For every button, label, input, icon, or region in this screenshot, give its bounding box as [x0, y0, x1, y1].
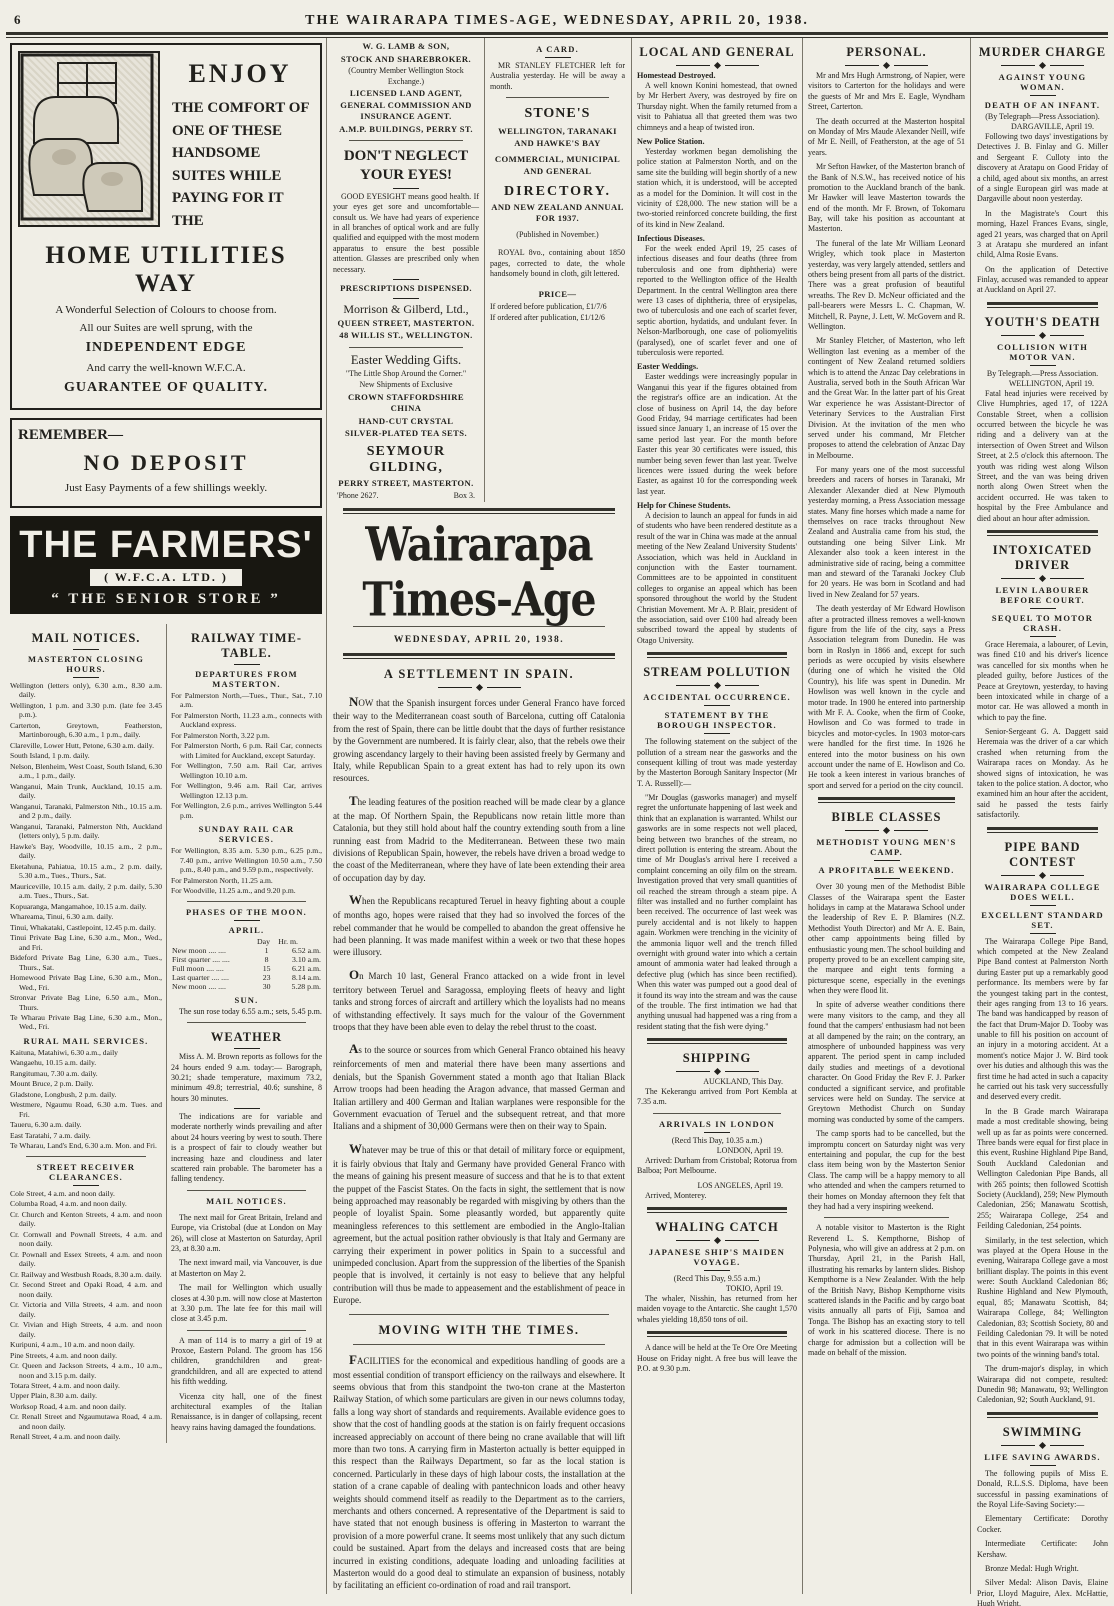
rule — [73, 1185, 99, 1186]
news-item: Help for Chinese Students. A decision to… — [637, 501, 797, 646]
shipping-p2: Arrived: Durham from Cristobal; Rotorua … — [637, 1156, 797, 1177]
rule — [349, 1314, 609, 1315]
pipe-band-title: PIPE BAND CONTEST — [977, 840, 1108, 870]
street-clearance-item: Renall Street, 4 a.m. and noon daily. — [10, 1432, 162, 1441]
closing-hours-subtitle: MASTERTON CLOSING HOURS. — [10, 654, 162, 674]
mail-notices2-paragraphs: The next mail for Great Britain, Ireland… — [171, 1213, 322, 1325]
swimming-awards: Elementary Certificate: Dorothy Cocker.I… — [977, 1514, 1108, 1606]
news-item: Easter Weddings. Easter weddings were in… — [637, 362, 797, 497]
rule — [1030, 636, 1056, 637]
intox-paragraph: Senior-Sergeant G. A. Daggett said Herem… — [977, 727, 1108, 821]
ornament-divider — [637, 63, 797, 68]
rule — [1030, 608, 1056, 609]
street-clearance-item: Pine Streets, 4 a.m. and noon daily. — [10, 1351, 162, 1360]
departure-item: For Wellington, 7.50 a.m. Rail Car, arri… — [171, 761, 322, 780]
mail-closing-item: Te Wharau Private Bag Line, 6.30 a.m., M… — [10, 1013, 162, 1032]
column-editorial: W. G. LAMB & SON, STOCK AND SHAREBROKER.… — [326, 38, 631, 1594]
murder-charge-title: MURDER CHARGE — [977, 45, 1108, 60]
rule — [234, 1108, 260, 1109]
street-clearance-item: Cr. Second Street and Opaki Road, 4 a.m.… — [10, 1280, 162, 1299]
rural-mail-item: Mount Bruce, 2 p.m. Daily. — [10, 1079, 162, 1088]
prescriptions-line: PRESCRIPTIONS DISPENSED. — [333, 283, 479, 295]
rule — [187, 1190, 306, 1191]
pipeband-paragraphs: The Wairarapa College Pipe Band, which c… — [977, 937, 1108, 1406]
gilding-box: Box 3. — [454, 491, 475, 500]
rule — [874, 878, 900, 879]
stream-paragraphs: The following statement on the subject o… — [637, 737, 797, 1032]
mail-closing-item: Wanganui, Taranaki, Palmerston Nth, Auck… — [10, 822, 162, 841]
whaling-recd: (Recd This Day, 9.55 a.m.) — [637, 1274, 797, 1283]
personal-paragraph: Mr Stanley Fletcher, of Masterton, who l… — [808, 336, 965, 461]
departure-item: For Palmerston North, 11.23 a.m., connec… — [171, 711, 322, 730]
rule — [987, 530, 1098, 536]
stream-pollution-title: STREAM POLLUTION — [637, 665, 797, 680]
rule — [704, 1270, 730, 1271]
whaling-title: WHALING CATCH — [637, 1220, 797, 1235]
rule — [704, 705, 730, 706]
arrivals-london-heading: ARRIVALS IN LONDON — [637, 1119, 797, 1129]
local-general-title: LOCAL AND GENERAL — [637, 45, 797, 60]
mail-notice-paragraph: The next inward mail, via Vancouver, is … — [171, 1258, 322, 1279]
moon-row: New moon .... .... 1 6.52 a.m. — [171, 946, 322, 955]
news-item-body: Yesterday workmen began demolishing the … — [637, 147, 797, 230]
mail-closing-item: Kopuaranga, Mangamahoe, 10.15 a.m. daily… — [10, 902, 162, 911]
morrison-address2: 48 WILLIS ST., WELLINGTON. — [333, 330, 479, 342]
ad-carry-line: And carry the well-known W.F.C.A. — [18, 362, 314, 374]
youth-paragraph: Fatal head injuries were received by Cli… — [977, 389, 1108, 524]
mail-closing-item: Wellington, 1 p.m. and 3.30 p.m. (late f… — [10, 701, 162, 720]
moon-day: 23 — [256, 973, 277, 982]
whaling-sub: JAPANESE SHIP'S MAIDEN VOYAGE. — [637, 1247, 797, 1267]
rule — [1030, 905, 1056, 906]
editorial-paragraph: The leading features of the position rea… — [333, 792, 625, 884]
mail-notice-paragraph: The mail for Wellington which usually cl… — [171, 1283, 322, 1325]
sunday-service-item: For Woodville, 11.25 a.m., and 9.20 p.m. — [171, 886, 322, 895]
street-clearance-item: Cr. Railway and Westbush Roads, 8.30 a.m… — [10, 1270, 162, 1279]
lamb-line1: STOCK AND SHAREBROKER. — [333, 54, 479, 66]
ornament-divider — [977, 873, 1108, 878]
masthead-date: WEDNESDAY, APRIL 20, 1938. — [333, 635, 625, 645]
mail-closing-item: Wellington (letters only), 6.30 a.m., 8.… — [10, 681, 162, 700]
street-clearance-item: Cr. Pownall and Essex Streets, 4 a.m. an… — [10, 1250, 162, 1269]
filler-paragraph: Vicenza city hall, one of the finest arc… — [171, 1392, 322, 1434]
rule — [187, 1330, 306, 1331]
rule — [704, 733, 730, 734]
rule — [393, 298, 419, 299]
news-item-body: A decision to launch an appeal for funds… — [637, 511, 797, 646]
sunday-services-list: For Wellington, 8.35 a.m. 5.30 p.m., 6.2… — [171, 846, 322, 895]
mail-closing-item: Wanganui, Taranaki, Palmerston Nth., 10.… — [10, 802, 162, 821]
moon-col-hr: Hr. m. — [277, 937, 322, 946]
wedding-gifts-headline: Easter Wedding Gifts. — [333, 353, 479, 368]
mail-closing-item: Mauriceville, 10.15 a.m. daily, 2 p.m. d… — [10, 882, 162, 901]
swimming-sub: LIFE SAVING AWARDS. — [977, 1452, 1108, 1462]
moon-time: 8.14 a.m. — [277, 973, 322, 982]
column-news-right: MURDER CHARGE AGAINST YOUNG WOMAN. DEATH… — [970, 38, 1114, 1594]
mail-closing-item: Eketahuna, Pahiatua, 10.15 a.m., 2 p.m. … — [10, 862, 162, 881]
mail-closing-item: Hawke's Bay, Woodville, 10.15 a.m., 2 p.… — [10, 842, 162, 861]
murder-sub1: AGAINST YOUNG WOMAN. — [977, 72, 1108, 92]
swimming-award-line: Bronze Medal: Hugh Wright. — [977, 1564, 1108, 1574]
rule — [73, 677, 99, 678]
youth-dateline: WELLINGTON, April 19. — [977, 379, 1108, 388]
rule — [987, 302, 1098, 308]
rule — [393, 279, 419, 280]
mail-closing-item: Tinui Private Bag Line, 6.30 a.m., Mon.,… — [10, 933, 162, 952]
farmers-senior-store: “ THE SENIOR STORE ” — [14, 591, 318, 608]
rural-mail-item: Taueru, 6.30 a.m. daily. — [10, 1120, 162, 1129]
shipping-dateline: AUCKLAND, This Day. — [637, 1077, 797, 1086]
ornament-divider — [637, 1238, 797, 1243]
nz-annual-line: AND NEW ZEALAND ANNUAL FOR 1937. — [490, 202, 625, 225]
rule — [874, 860, 900, 861]
ornament-divider — [333, 685, 625, 690]
a-card-text: MR STANLEY FLETCHER left for Australia y… — [490, 61, 625, 92]
mail-closing-item: Wanganui, Main Trunk, Auckland, 10.15 a.… — [10, 782, 162, 801]
ad-enjoy-word: ENJOY — [166, 59, 314, 89]
rule — [234, 920, 260, 921]
street-clearance-item: Cr. Queen and Jackson Streets, 4 a.m., 1… — [10, 1361, 162, 1380]
rule — [234, 1209, 260, 1210]
rural-mail-subtitle: RURAL MAIL SERVICES. — [10, 1036, 162, 1046]
street-clearances-subtitle: STREET RECEIVER CLEARANCES. — [10, 1162, 162, 1182]
morrison-address1: QUEEN STREET, MASTERTON. — [333, 318, 479, 330]
farmers-wfca: ( W.F.C.A. LTD. ) — [88, 567, 244, 588]
column-local-general: LOCAL AND GENERAL Homestead Destroyed. A… — [631, 38, 802, 1594]
moving-times-headline: MOVING WITH THE TIMES. — [333, 1323, 625, 1338]
moon-phase: New moon .... .... — [171, 946, 256, 955]
youth-byline: By Telegraph.—Press Association. — [977, 369, 1108, 378]
mail-closing-item: Tinui, Whakataki, Castlepoint, 12.45 p.m… — [10, 923, 162, 932]
moon-phase: New moon .... .... — [171, 982, 256, 991]
personal-paragraphs: Mr and Mrs Hugh Armstrong, of Napier, we… — [808, 71, 965, 791]
departures-subtitle: DEPARTURES FROM MASTERTON. — [171, 669, 322, 689]
ad-sprung-line: All our Suites are well sprung, with the — [18, 322, 314, 334]
stream-sub2: STATEMENT BY THE BOROUGH INSPECTOR. — [637, 710, 797, 730]
gilding-phone: 'Phone 2627. — [337, 491, 378, 500]
price-label: PRICE— — [490, 289, 625, 301]
mail-closing-item: Clareville, Lower Hutt, Petone, 6.30 a.m… — [10, 741, 162, 750]
rule — [234, 1048, 260, 1049]
wedding-line3: CROWN STAFFORDSHIRE CHINA — [333, 392, 479, 415]
weather-title: WEATHER — [171, 1030, 322, 1045]
bible-paragraph: In spite of adverse weather conditions t… — [808, 1000, 965, 1125]
departure-item: For Wellington, 2.6 p.m., arrives Wellin… — [171, 801, 322, 820]
farmers-logo: THE FARMERS' ( W.F.C.A. LTD. ) “ THE SEN… — [10, 516, 322, 614]
rural-mail-list: Kaituna, Matahiwi, 6.30 a.m., dailyWanga… — [10, 1048, 162, 1151]
departure-item: For Palmerston North, 3.22 p.m. — [171, 731, 322, 740]
news-item-heading: Help for Chinese Students. — [637, 501, 797, 510]
moving-paragraph: FACILITIES for the economical and expedi… — [333, 1351, 625, 1592]
moon-day: 1 — [256, 946, 277, 955]
street-clearance-item: Worksop Road, 4 a.m. and noon daily. — [10, 1402, 162, 1411]
murder-paragraph: On the application of Detective Finlay, … — [977, 265, 1108, 296]
ornament-divider — [637, 1069, 797, 1074]
swimming-award-line: Intermediate Certificate: John Kershaw. — [977, 1539, 1108, 1560]
lamb-name: W. G. LAMB & SON, — [333, 41, 479, 53]
murder-dateline: DARGAVILLE, April 19. — [977, 122, 1108, 131]
stream-paragraph: "Mr Douglas (gasworks manager) and mysel… — [637, 793, 797, 1032]
bible-paragraph: The camp sports had to be cancelled, but… — [808, 1129, 965, 1212]
personal-paragraph: Mr Sefton Hawker, of the Masterton branc… — [808, 162, 965, 235]
news-item-heading: New Police Station. — [637, 137, 797, 146]
editorial-headline: A SETTLEMENT IN SPAIN. — [333, 667, 625, 682]
departure-item: For Palmerston North, 6 p.m. Rail Car, c… — [171, 741, 322, 760]
personal-paragraph: For many years one of the most successfu… — [808, 465, 965, 600]
lamb-line2: (Country Member Wellington Stock Exchang… — [333, 66, 479, 87]
editorial-paragraph: As to the source or sources from which G… — [333, 1040, 625, 1132]
mail-closing-item: Whareama, Tinui, 6.30 a.m. daily. — [10, 912, 162, 921]
moon-time: 3.10 a.m. — [277, 955, 322, 964]
mail-notices-title: MAIL NOTICES. — [10, 631, 162, 646]
sun-heading: SUN. — [171, 995, 322, 1005]
intox-sub2: SEQUEL TO MOTOR CRASH. — [977, 613, 1108, 633]
seymour-gilding-name: SEYMOUR GILDING, — [333, 444, 479, 476]
lamb-line4: A.M.P. BUILDINGS, PERRY ST. — [333, 124, 479, 136]
wedding-line4: HAND-CUT CRYSTAL — [333, 416, 479, 428]
ornament-divider — [977, 1443, 1108, 1448]
pipeband-sub1: WAIRARAPA COLLEGE DOES WELL. — [977, 882, 1108, 902]
news-item-heading: Easter Weddings. — [637, 362, 797, 371]
mail-closing-item: Homewood Private Bag Line, 6.30 a.m., Mo… — [10, 973, 162, 992]
shipping-recd: (Recd This Day, 10.35 a.m.) — [637, 1136, 797, 1145]
departure-item: For Wellington, 9.46 a.m. Rail Car, arri… — [171, 781, 322, 800]
tokio-dateline: TOKIO, April 19. — [637, 1284, 797, 1293]
bible-sub1: METHODIST YOUNG MEN'S CAMP. — [808, 837, 965, 857]
ad-selection-line: A Wonderful Selection of Colours to choo… — [18, 304, 314, 316]
rule — [1030, 365, 1056, 366]
departure-item: For Palmerston North,—Tues., Thur., Sat.… — [171, 691, 322, 710]
rule — [647, 1038, 787, 1044]
swimming-intro: The following pupils of Miss E. Donald, … — [977, 1469, 1108, 1511]
mail-closing-item: Bideford Private Bag Line, 6.30 a.m., Tu… — [10, 953, 162, 972]
rule — [506, 97, 609, 98]
column-ads-left: ENJOY THE COMFORT OF ONE OF THESE HANDSO… — [0, 38, 326, 1594]
royal-8vo-text: ROYAL 8vo., containing about 1850 pages,… — [490, 248, 625, 279]
price-after: If ordered after publication, £1/12/6 — [490, 313, 625, 323]
news-item: Infectious Diseases. For the week ended … — [637, 234, 797, 358]
whaling-body: The whaler, Nisshin, has returned from h… — [637, 1294, 797, 1325]
rule — [187, 901, 306, 902]
no-deposit-headline: NO DEPOSIT — [18, 450, 314, 476]
moon-table: Day Hr. m. New moon .... .... 1 6.52 a.m… — [171, 937, 322, 991]
moon-phase: Last quarter .... .... — [171, 973, 256, 982]
editorial-body: NOW that the Spanish insurgent forces un… — [333, 693, 625, 1307]
masthead-rule — [343, 508, 615, 514]
page-number: 6 — [14, 12, 74, 28]
murder-paragraph: In the Magistrate's Court this morning, … — [977, 209, 1108, 261]
rule — [343, 653, 615, 659]
page-header: 6 THE WAIRARAPA TIMES-AGE, WEDNESDAY, AP… — [0, 0, 1114, 32]
weather-report: Miss A. M. Brown reports as follows for … — [171, 1052, 322, 1104]
bible-classes-title: BIBLE CLASSES — [808, 810, 965, 825]
directory-word: DIRECTORY. — [490, 184, 625, 200]
rule — [349, 347, 463, 348]
lamb-eyes-ads: W. G. LAMB & SON, STOCK AND SHAREBROKER.… — [333, 38, 485, 502]
street-clearance-item: Cr. Vivian and High Streets, 4 a.m. and … — [10, 1320, 162, 1339]
swimming-award-line: Silver Medal: Alison Davis, Elaine Prior… — [977, 1578, 1108, 1606]
bible-paragraph: Over 30 young men of the Methodist Bible… — [808, 882, 965, 996]
farmers-name: THE FARMERS' — [14, 524, 318, 567]
pipeband-paragraph: The drum-major's display, in which Waira… — [977, 1364, 1108, 1406]
news-item: Homestead Destroyed. A well known Konini… — [637, 71, 797, 133]
mail-closing-item: Nelson, Blenheim, West Coast, South Isla… — [10, 762, 162, 781]
price-before: If ordered before publication, £1/7/6 — [490, 302, 625, 312]
paper-title-line: THE WAIRARAPA TIMES-AGE, WEDNESDAY, APRI… — [74, 13, 1040, 29]
masthead-wordmark: Wairarapa Times-Age — [333, 516, 625, 626]
home-utilities-ad: ENJOY THE COMFORT OF ONE OF THESE HANDSO… — [10, 43, 322, 410]
ornament-divider — [808, 63, 965, 68]
home-utilities-way-brand: HOME UTILITIES WAY — [18, 242, 314, 298]
swimming-title: SWIMMING — [977, 1425, 1108, 1440]
stones-region1: WELLINGTON, TARANAKI AND HAWKE'S BAY — [490, 126, 625, 149]
murder-sub2: DEATH OF AN INFANT. — [977, 100, 1108, 110]
stream-paragraph: The following statement on the subject o… — [637, 737, 797, 789]
rural-mail-item: Rangitumau, 7.30 a.m. daily. — [10, 1069, 162, 1078]
rural-mail-item: Wangaehu, 10.15 a.m. daily. — [10, 1058, 162, 1067]
stones-name: STONE'S — [490, 106, 625, 122]
lounge-suite-illustration — [18, 51, 160, 227]
moon-time: 6.52 a.m. — [277, 946, 322, 955]
ornament-divider — [808, 828, 965, 833]
eyes-ad-headline: DON'T NEGLECT YOUR EYES! — [333, 147, 479, 185]
sunday-service-item: For Palmerston North, 11.25 a.m. — [171, 876, 322, 885]
youth-sub: COLLISION WITH MOTOR VAN. — [977, 342, 1108, 362]
railway-column: RAILWAY TIME-TABLE. DEPARTURES FROM MAST… — [167, 624, 322, 1443]
moon-row: Last quarter .... .... 23 8.14 a.m. — [171, 973, 322, 982]
filler-paragraphs: A man of 114 is to marry a girl of 19 at… — [171, 1336, 322, 1434]
pipeband-paragraph: In the B Grade march Wairarapa made a mo… — [977, 1107, 1108, 1232]
rule — [653, 1113, 781, 1114]
editorial-paragraph: On March 10 last, General Franco attacke… — [333, 966, 625, 1034]
lamb-line3: LICENSED LAND AGENT, GENERAL COMMISSION … — [333, 88, 479, 123]
newspaper-page: 6 THE WAIRARAPA TIMES-AGE, WEDNESDAY, AP… — [0, 0, 1114, 1606]
rural-mail-item: Te Wharau, Land's End, 6.30 a.m. Mon. an… — [10, 1141, 162, 1150]
rule — [647, 652, 787, 658]
news-item-body: Easter weddings were increasingly popula… — [637, 372, 797, 497]
shipping-p1: The Kekerangu arrived from Port Kembla a… — [637, 1087, 797, 1108]
personal-paragraph: Mr and Mrs Hugh Armstrong, of Napier, we… — [808, 71, 965, 113]
moon-row: First quarter .... .... 8 3.10 a.m. — [171, 955, 322, 964]
la-dateline: LOS ANGELES, April 19. — [637, 1181, 797, 1190]
ornament-divider — [977, 63, 1108, 68]
rule — [393, 188, 419, 189]
rule — [1030, 95, 1056, 96]
news-item-body: For the week ended April 19, 25 cases of… — [637, 244, 797, 358]
rural-mail-item: Gladstone, Longbush, 2 p.m. daily. — [10, 1090, 162, 1099]
street-clearances-list: Cole Street, 4 a.m. and noon daily.Colum… — [10, 1189, 162, 1442]
mail-closing-item: South Island, 1 p.m. daily. — [10, 751, 162, 760]
youths-death-title: YOUTH'S DEATH — [977, 315, 1108, 330]
mail-notices2-title: MAIL NOTICES. — [171, 1196, 322, 1206]
wedding-line1: "The Little Shop Around the Corner." — [333, 369, 479, 379]
rule — [987, 1412, 1098, 1418]
bishop-notice: A notable visitor to Masterton is the Ri… — [808, 1223, 965, 1358]
sunday-services-subtitle: SUNDAY RAIL CAR SERVICES. — [171, 824, 322, 844]
rule — [353, 1344, 605, 1345]
pipeband-paragraph: The Wairarapa College Pipe Band, which c… — [977, 937, 1108, 1103]
street-clearance-item: Upper Plain, 8.30 a.m. daily. — [10, 1391, 162, 1400]
moving-times-body: FACILITIES for the economical and expedi… — [333, 1351, 625, 1592]
rule — [1030, 933, 1056, 934]
shipping-title: SHIPPING — [637, 1051, 797, 1066]
rule — [824, 1217, 949, 1218]
shipping-p3: Arrived, Monterey. — [637, 1191, 797, 1201]
mail-closing-item: Carterton, Greytown, Featherston, Martin… — [10, 721, 162, 740]
personal-paragraph: The death yesterday of Mr Edward Howliso… — [808, 604, 965, 791]
moon-col-phase — [171, 937, 256, 946]
local-general-items: Homestead Destroyed. A well known Konini… — [637, 71, 797, 646]
rule — [187, 1022, 306, 1023]
street-clearance-item: Totara Street, 4 a.m. and noon daily. — [10, 1381, 162, 1390]
murder-paragraphs: Following two days' investigations by De… — [977, 132, 1108, 296]
street-clearance-item: Columba Road, 4 a.m. and noon daily. — [10, 1199, 162, 1208]
card-stones-ads: A CARD. MR STANLEY FLETCHER left for Aus… — [485, 38, 625, 502]
youth-paragraphs: Fatal head injuries were received by Cli… — [977, 389, 1108, 524]
gilding-address: PERRY STREET, MASTERTON. — [333, 478, 479, 490]
personal-title: PERSONAL. — [808, 45, 965, 60]
rule — [1030, 1465, 1056, 1466]
mail-closing-item: Stronvar Private Bag Line, 6.50 a.m., Mo… — [10, 993, 162, 1012]
departures-list: For Palmerston North,—Tues., Thur., Sat.… — [171, 691, 322, 820]
rural-mail-item: Westmere, Ngaumu Road, 6.30 a.m. Tues. a… — [10, 1100, 162, 1119]
moon-row: Full moon .... .... 15 6.21 a.m. — [171, 964, 322, 973]
moon-col-day: Day — [256, 937, 277, 946]
rule — [545, 57, 571, 58]
eyes-ad-body: GOOD EYESIGHT means good health. If your… — [333, 192, 479, 275]
bible-paragraphs: Over 30 young men of the Methodist Bible… — [808, 882, 965, 1212]
dance-notice: A dance will be held at the Te Ore Ore M… — [637, 1343, 797, 1374]
easy-payments-line: Just Easy Payments of a few shillings we… — [18, 482, 314, 494]
moon-phase: First quarter .... .... — [171, 955, 256, 964]
moon-title: PHASES OF THE MOON. — [171, 907, 322, 917]
weather-forecast: The indications are for variable and mod… — [171, 1112, 322, 1185]
intox-sub1: LEVIN LABOURER BEFORE COURT. — [977, 585, 1108, 605]
mail-notice-paragraph: The next mail for Great Britain, Ireland… — [171, 1213, 322, 1255]
rule — [73, 649, 99, 650]
stones-region2: COMMERCIAL, MUNICIPAL AND GENERAL — [490, 154, 625, 177]
a-card-heading: A CARD. — [490, 44, 625, 54]
london-dateline: LONDON, April 19. — [637, 1146, 797, 1155]
personal-paragraph: The funeral of the late Mr William Leona… — [808, 239, 965, 333]
murder-paragraph: Following two days' investigations by De… — [977, 132, 1108, 205]
rule — [349, 140, 463, 141]
rule — [26, 1156, 146, 1157]
pipeband-sub2: EXCELLENT STANDARD SET. — [977, 910, 1108, 930]
ornament-divider — [977, 333, 1108, 338]
moon-rows: New moon .... .... 1 6.52 a.m. First qua… — [171, 946, 322, 991]
editorial-paragraph: When the Republicans recaptured Teruel i… — [333, 891, 625, 959]
moon-phase: Full moon .... .... — [171, 964, 256, 973]
street-clearance-item: Cr. Renall Street and Ngaumutawa Road, 4… — [10, 1412, 162, 1431]
murder-byline: (By Telegraph—Press Association). — [977, 112, 1108, 121]
rule — [647, 1207, 787, 1213]
rural-mail-item: East Taratahi, 7 a.m. daily. — [10, 1131, 162, 1140]
rule — [704, 1132, 730, 1133]
moon-day: 15 — [256, 964, 277, 973]
stream-sub1: ACCIDENTAL OCCURRENCE. — [637, 692, 797, 702]
news-item: New Police Station. Yesterday workmen be… — [637, 137, 797, 230]
street-clearance-item: Cr. Victoria and Villa Streets, 4 a.m. a… — [10, 1300, 162, 1319]
intoxicated-driver-title: INTOXICATED DRIVER — [977, 543, 1108, 573]
editorial-paragraph: NOW that the Spanish insurgent forces un… — [333, 693, 625, 785]
ornament-divider — [977, 576, 1108, 581]
railway-title: RAILWAY TIME-TABLE. — [171, 631, 322, 661]
personal-paragraph: The death occurred at the Masterton hosp… — [808, 117, 965, 159]
bible-sub2: A PROFITABLE WEEKEND. — [808, 865, 965, 875]
swimming-award-line: Elementary Certificate: Dorothy Cocker. — [977, 1514, 1108, 1535]
moon-time: 5.28 p.m. — [277, 982, 322, 991]
